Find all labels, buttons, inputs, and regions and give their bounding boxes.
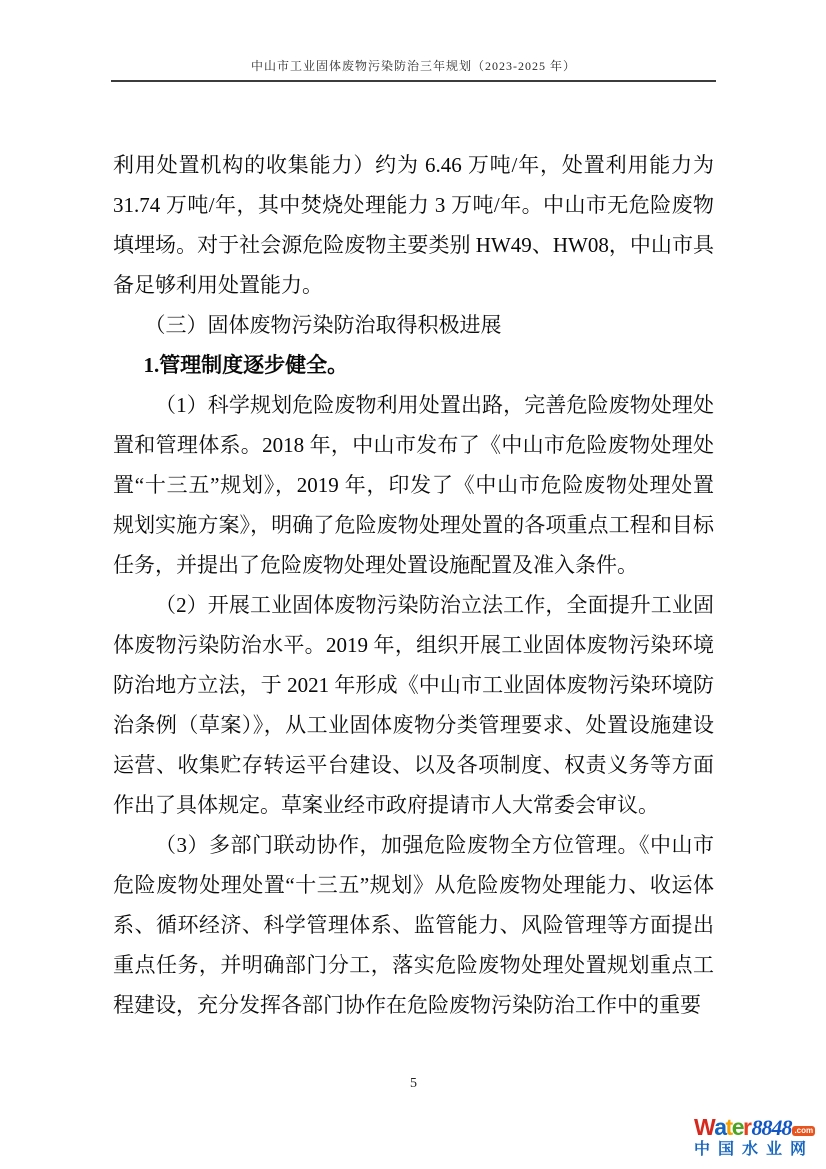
- logo-letter-a: a: [714, 1116, 725, 1139]
- logo-letter-w: W: [694, 1116, 714, 1139]
- document-body: 利用处置机构的收集能力）约为 6.46 万吨/年，处置利用能力为 31.74 万…: [113, 145, 714, 1025]
- page-number: 5: [113, 1076, 714, 1092]
- logo-dotcom-badge: .com: [792, 1126, 815, 1136]
- paragraph-item-2: （2）开展工业固体废物污染防治立法工作，全面提升工业固体废物污染防治水平。201…: [113, 585, 714, 825]
- logo-number-8848: 8848: [751, 1115, 791, 1140]
- page-header-title: 中山市工业固体废物污染防治三年规划（2023-2025 年）: [251, 59, 576, 73]
- logo-letter-r: r: [743, 1116, 750, 1139]
- subsection-heading-management: 1.管理制度逐步健全。: [113, 345, 714, 385]
- paragraph-item-3: （3）多部门联动协作，加强危险废物全方位管理。《中山市危险废物处理处置“十三五”…: [113, 825, 714, 1025]
- paragraph-item-1: （1）科学规划危险废物利用处置出路，完善危险废物处理处置和管理体系。2018 年…: [113, 385, 714, 585]
- section-heading-three: （三）固体废物污染防治取得积极进展: [113, 305, 714, 345]
- water8848-wordmark: Water8848.com: [694, 1116, 826, 1139]
- water8848-logo: Water8848.com 中国水业网: [694, 1116, 826, 1158]
- paragraph-capacity-continued: 利用处置机构的收集能力）约为 6.46 万吨/年，处置利用能力为 31.74 万…: [113, 145, 714, 305]
- logo-subtitle-china-water: 中国水业网: [694, 1142, 826, 1158]
- page-header: 中山市工业固体废物污染防治三年规划（2023-2025 年）: [111, 57, 716, 82]
- logo-letter-e: e: [732, 1116, 743, 1139]
